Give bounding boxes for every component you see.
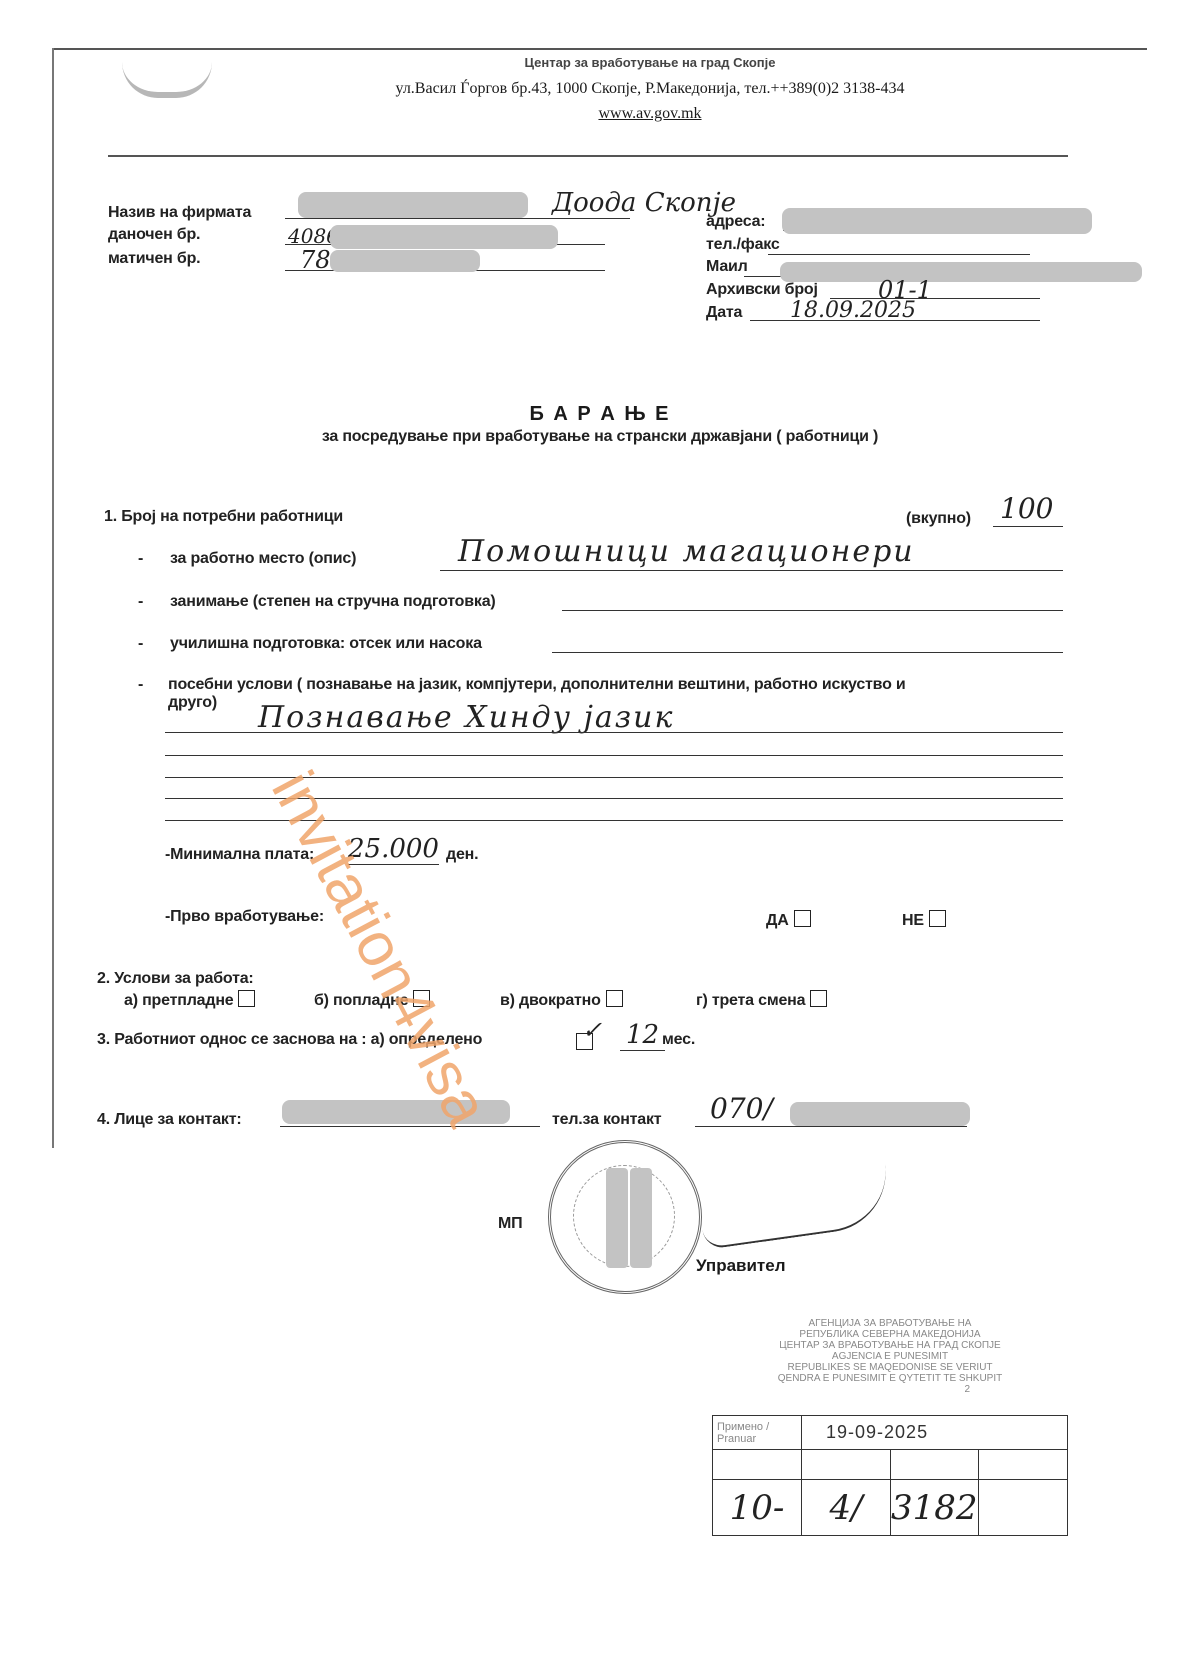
redaction-contact-phone <box>790 1102 970 1126</box>
special-conditions-label: посебни услови ( познавање на јазик, ком… <box>168 676 906 694</box>
date-value: 18.09.2025 <box>790 298 916 323</box>
received-date: 19-09-2025 <box>802 1416 1068 1450</box>
section4-label: 4. Лице за контакт: <box>97 1111 241 1129</box>
registry-line: АГЕНЦИЈА ЗА ВРАБОТУВАЊЕ НА <box>740 1318 1040 1329</box>
yes-checkbox[interactable] <box>794 910 811 927</box>
contact-person-field[interactable] <box>280 1126 540 1127</box>
redaction-address <box>782 208 1092 234</box>
registry-line: QENDRA E PUNESIMIT E QYTETIT TE SHKUPIT <box>740 1373 1040 1384</box>
agency-logo-icon <box>122 62 212 98</box>
split-label: в) двократно <box>500 992 601 1009</box>
registry-line: 2 <box>740 1384 1040 1395</box>
education-field[interactable] <box>552 652 1063 653</box>
special-conditions-label-2: друго) <box>168 694 217 712</box>
total-label: (вкупно) <box>906 510 971 528</box>
contact-phone-field[interactable] <box>695 1126 967 1127</box>
contact-phone-label: тел.за контакт <box>552 1111 661 1129</box>
work-condition-morning[interactable]: а) претпладне <box>124 990 255 1010</box>
redaction-tax-number <box>330 225 558 249</box>
no-checkbox[interactable] <box>929 910 946 927</box>
split-checkbox[interactable] <box>606 990 623 1007</box>
job-position-value: Помошници магационери <box>458 534 915 569</box>
header-address: ул.Васил Ѓоргов бр.43, 1000 Скопје, Р.Ма… <box>300 80 1000 98</box>
total-field[interactable] <box>993 526 1063 527</box>
job-position-label: за работно место (опис) <box>170 550 356 568</box>
bullet: - <box>138 676 143 694</box>
registry-stamp-text: АГЕНЦИЈА ЗА ВРАБОТУВАЊЕ НА РЕПУБЛИКА СЕВ… <box>740 1318 1040 1395</box>
first-employment-no[interactable]: НЕ <box>902 910 946 930</box>
morning-checkbox[interactable] <box>238 990 255 1007</box>
page-border-left <box>52 48 54 1148</box>
education-label: училишна подготовка: отсек или насока <box>170 635 482 653</box>
months-unit: мес. <box>662 1031 695 1049</box>
address-label: адреса: <box>706 213 765 231</box>
seal-label: МП <box>498 1215 522 1233</box>
work-condition-split[interactable]: в) двократно <box>500 990 623 1010</box>
company-name-field[interactable] <box>285 218 630 219</box>
months-value: 12 <box>620 1020 665 1051</box>
reg-number-value: 78 <box>300 246 331 274</box>
registry-line: AGJENCIA E PUNESIMIT <box>740 1351 1040 1362</box>
contact-phone-value: 070/ <box>710 1092 773 1125</box>
special-conditions-line-2[interactable] <box>165 755 1063 756</box>
first-employment-yes[interactable]: ДА <box>766 910 811 930</box>
document-title: Б А Р А Њ Е <box>420 403 780 426</box>
reg-number-label: матичен бр. <box>108 250 200 268</box>
phone-fax-label: тел./факс <box>706 236 780 254</box>
first-employment-label: -Прво вработување: <box>165 908 324 926</box>
page-border-top <box>52 48 1147 50</box>
reg-number-part: 3182 <box>891 1480 979 1536</box>
fixed-term-check-mark: ✓ <box>582 1016 602 1044</box>
registry-table: Примено / Pranuar 19-09-2025 10- 4/ 3182 <box>712 1415 1068 1536</box>
reg-number-part <box>978 1480 1067 1536</box>
occupation-field[interactable] <box>562 610 1063 611</box>
redaction-mail <box>780 262 1142 282</box>
third-shift-label: г) трета смена <box>696 992 805 1009</box>
registry-line: REPUBLIKES SE MAQEDONISE SE VERIUT <box>740 1362 1040 1373</box>
bullet: - <box>138 635 143 653</box>
date-label: Дата <box>706 304 742 322</box>
redaction-company-name <box>298 192 528 218</box>
tax-number-label: даночен бр. <box>108 226 200 244</box>
document-subtitle: за посредување при вработување на странс… <box>200 428 1000 446</box>
company-name-label: Назив на фирмата <box>108 204 251 222</box>
job-position-field[interactable] <box>440 570 1063 571</box>
received-label: Примено / Pranuar <box>713 1416 802 1450</box>
header-website[interactable]: www.av.gov.mk <box>560 105 740 123</box>
morning-label: а) претпладне <box>124 992 233 1009</box>
header-divider <box>108 155 1068 157</box>
total-value: 100 <box>1000 492 1053 525</box>
reg-number-part: 4/ <box>802 1480 891 1536</box>
occupation-label: занимање (степен на стручна подготовка) <box>170 593 496 611</box>
no-label: НЕ <box>902 912 924 929</box>
redaction-seal <box>606 1168 628 1268</box>
manager-label: Управител <box>696 1256 786 1276</box>
mail-label: Маил <box>706 258 748 276</box>
work-condition-third-shift[interactable]: г) трета смена <box>696 990 827 1010</box>
header-org: Центар за вработување на град Скопје <box>420 58 880 70</box>
min-salary-unit: ден. <box>446 846 478 864</box>
special-conditions-line-1[interactable] <box>165 732 1063 733</box>
archive-number-label: Архивски број <box>706 281 818 299</box>
watermark: invitation4visa <box>257 760 503 1137</box>
phone-fax-field[interactable] <box>768 254 1030 255</box>
bullet: - <box>138 593 143 611</box>
manager-signature <box>697 1162 894 1250</box>
registry-line: ЦЕНТАР ЗА ВРАБОТУВАЊЕ НА ГРАД СКОПЈЕ <box>740 1340 1040 1351</box>
registry-line: РЕПУБЛИКА СЕВЕРНА МАКЕДОНИЈА <box>740 1329 1040 1340</box>
reg-number-part: 10- <box>713 1480 802 1536</box>
section2-label: 2. Услови за работа: <box>97 970 254 988</box>
special-conditions-value: Познавање Хинду јазик <box>258 700 674 735</box>
section1-label: 1. Број на потребни работници <box>104 508 343 526</box>
yes-label: ДА <box>766 912 789 929</box>
redaction-seal <box>630 1168 652 1268</box>
redaction-reg-number <box>330 250 480 272</box>
third-shift-checkbox[interactable] <box>810 990 827 1007</box>
bullet: - <box>138 550 143 568</box>
